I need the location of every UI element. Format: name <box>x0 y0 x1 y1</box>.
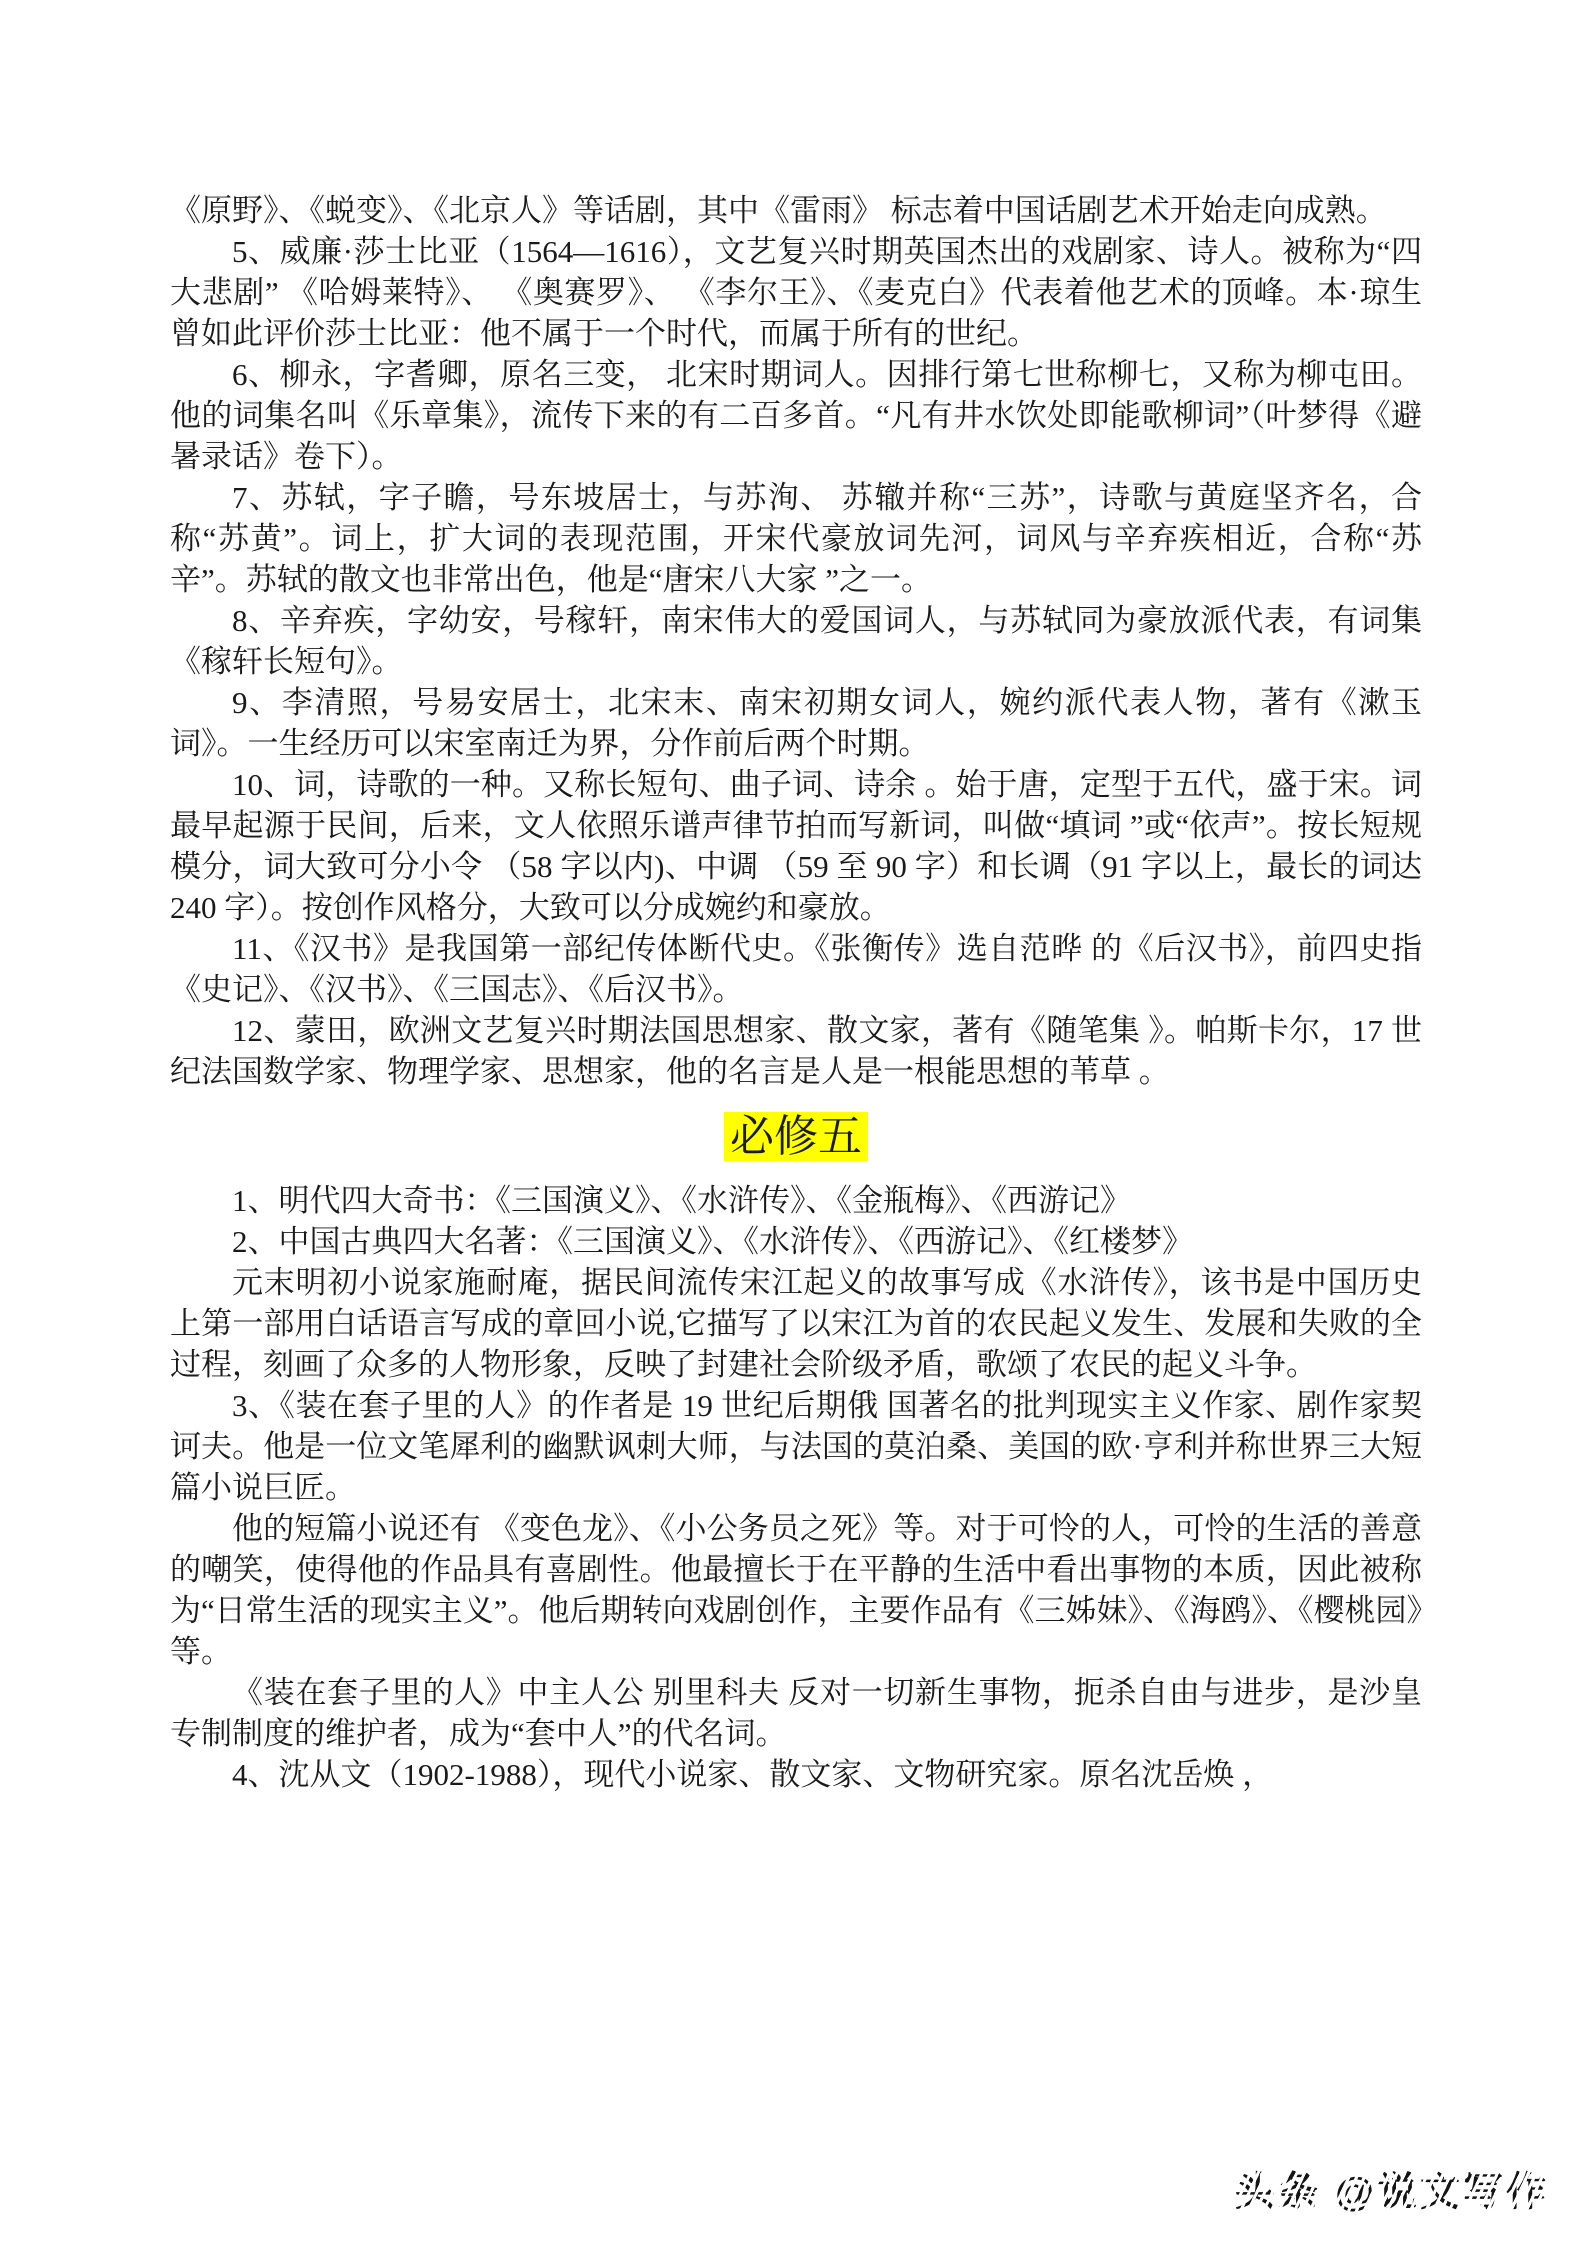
para-item-9-liqingzhao: 9、李清照，号易安居士，北宋末、南宋初期女词人，婉约派代表人物，著有《漱玉词》。… <box>170 682 1422 764</box>
para-item-8-xinqiji: 8、辛弃疾，字幼安，号稼轩，南宋伟大的爱国词人，与苏轼同为豪放派代表，有词集《稼… <box>170 600 1422 682</box>
para-bx5-item-3-chekhov: 3、《装在套子里的人》的作者是 19 世纪后期俄 国著名的批判现实主义作家、剧作… <box>170 1385 1422 1508</box>
section-heading-highlight: 必修五 <box>724 1112 868 1161</box>
para-bx5-belikov: 《装在套子里的人》中主人公 别里科夫 反对一切新生事物，扼杀自由与进步，是沙皇专… <box>170 1672 1422 1754</box>
para-item-11-hanshu: 11、《汉书》是我国第一部纪传体断代史。《张衡传》选自范晔 的《后汉书》，前四史… <box>170 928 1422 1010</box>
para-item-6-liuyong: 6、柳永，字耆卿，原名三变， 北宋时期词人。因排行第七世称柳七，又称为柳屯田。他… <box>170 354 1422 477</box>
para-bx5-item-2-four-classics: 2、中国古典四大名著：《三国演义》、《水浒传》、《西游记》、《红楼梦》 <box>170 1221 1422 1262</box>
section-heading-bixiuwu: 必修五 <box>170 1106 1422 1168</box>
document-page: 《原野》、《蜕变》、《北京人》等话剧，其中《雷雨》 标志着中国话剧艺术开始走向成… <box>0 0 1587 2245</box>
para-bx5-chekhov-works: 他的短篇小说还有 《变色龙》、《小公务员之死》等。对于可怜的人，可怜的生活的善意… <box>170 1508 1422 1672</box>
para-item-7-sushi: 7、苏轼，字子瞻，号东坡居士，与苏洵、 苏辙并称“三苏”，诗歌与黄庭坚齐名，合称… <box>170 477 1422 600</box>
document-body: 《原野》、《蜕变》、《北京人》等话剧，其中《雷雨》 标志着中国话剧艺术开始走向成… <box>170 190 1422 1795</box>
para-item-10-ci: 10、词，诗歌的一种。又称长短句、曲子词、诗余 。始于唐，定型于五代，盛于宋。词… <box>170 764 1422 928</box>
para-item-12-montaigne: 12、蒙田，欧洲文艺复兴时期法国思想家、散文家，著有《随笔集 》。帕斯卡尔，17… <box>170 1010 1422 1092</box>
para-continuation-drama: 《原野》、《蜕变》、《北京人》等话剧，其中《雷雨》 标志着中国话剧艺术开始走向成… <box>170 190 1422 231</box>
watermark-toutiao: 头条 @说文写作 <box>1235 2160 1549 2217</box>
para-bx5-shuihuzhuan: 元末明初小说家施耐庵，据民间流传宋江起义的故事写成《水浒传》，该书是中国历史上第… <box>170 1262 1422 1385</box>
para-bx5-item-1-four-books: 1、明代四大奇书：《三国演义》、《水浒传》、《金瓶梅》、《西游记》 <box>170 1180 1422 1221</box>
para-item-5-shakespeare: 5、威廉·莎士比亚（1564—1616），文艺复兴时期英国杰出的戏剧家、诗人。被… <box>170 231 1422 354</box>
para-bx5-item-4-shencongwen: 4、沈从文（1902-1988），现代小说家、散文家、文物研究家。原名沈岳焕 ， <box>170 1754 1422 1795</box>
